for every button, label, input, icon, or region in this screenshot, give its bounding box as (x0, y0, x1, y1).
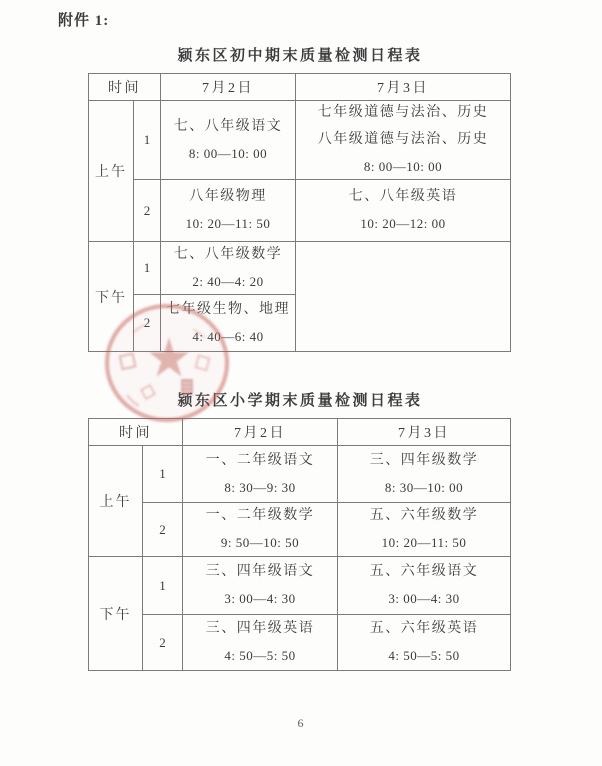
exam-subject: 七、八年级英语 (296, 188, 510, 207)
exam-subject: 八年级道德与法治、历史 (296, 131, 510, 150)
morning-label: 上午 (89, 101, 134, 242)
exam-time: 3: 00—4: 30 (183, 590, 337, 608)
table-header-row: 时间 7月2日 7月3日 (89, 419, 511, 446)
exam-time: 3: 00—4: 30 (338, 590, 510, 608)
header-july-2: 7月2日 (183, 419, 338, 446)
exam-time: 4: 50—5: 50 (338, 647, 510, 665)
primary-school-table-title: 颍东区小学期末质量检测日程表 (88, 389, 512, 407)
table-row: 2 八年级物理 10: 20—11: 50 七、八年级英语 10: 20—12:… (89, 180, 511, 242)
exam-cell: 七、八年级语文 8: 00—10: 00 (161, 101, 296, 180)
exam-cell: 七年级生物、地理 4: 40—6: 40 (161, 295, 296, 352)
header-july-3: 7月3日 (296, 74, 511, 101)
period-number: 1 (143, 446, 183, 503)
table-row: 2 三、四年级英语 4: 50—5: 50 五、六年级英语 4: 50—5: 5… (89, 615, 511, 671)
table-row: 下午 1 七、八年级数学 2: 40—4: 20 (89, 242, 511, 295)
middle-school-table-title: 颍东区初中期末质量检测日程表 (88, 44, 512, 62)
exam-cell: 一、二年级语文 8: 30—9: 30 (183, 446, 338, 503)
page-number: 6 (0, 716, 602, 731)
period-number: 1 (134, 242, 161, 295)
exam-cell: 五、六年级数学 10: 20—11: 50 (338, 503, 511, 557)
exam-subject: 七、八年级语文 (161, 118, 295, 137)
period-number: 1 (143, 557, 183, 615)
exam-subject: 五、六年级数学 (338, 507, 510, 526)
exam-time: 8: 00—10: 00 (296, 158, 510, 176)
exam-time: 8: 30—10: 00 (338, 479, 510, 497)
exam-subject: 七年级道德与法治、历史 (296, 104, 510, 123)
exam-time: 8: 00—10: 00 (161, 145, 295, 163)
exam-cell: 八年级物理 10: 20—11: 50 (161, 180, 296, 242)
period-number: 2 (134, 180, 161, 242)
exam-subject: 一、二年级数学 (183, 507, 337, 526)
exam-cell: 五、六年级英语 4: 50—5: 50 (338, 615, 511, 671)
exam-subject: 三、四年级语文 (183, 563, 337, 582)
afternoon-label: 下午 (89, 242, 134, 352)
exam-subject: 七年级生物、地理 (161, 301, 295, 320)
middle-school-schedule-section: 颍东区初中期末质量检测日程表 时间 7月2日 7月3日 上午 1 七、八年级语文… (88, 44, 512, 352)
exam-time: 4: 40—6: 40 (161, 328, 295, 346)
exam-subject: 八年级物理 (161, 188, 295, 207)
exam-time: 2: 40—4: 20 (161, 273, 295, 291)
exam-time: 10: 20—12: 00 (296, 215, 510, 233)
exam-cell: 七年级道德与法治、历史 八年级道德与法治、历史 8: 00—10: 00 (296, 101, 511, 180)
table-row: 上午 1 七、八年级语文 8: 00—10: 00 七年级道德与法治、历史 八年… (89, 101, 511, 180)
exam-cell: 三、四年级数学 8: 30—10: 00 (338, 446, 511, 503)
exam-cell-empty (296, 242, 511, 352)
exam-time: 4: 50—5: 50 (183, 647, 337, 665)
exam-cell: 七、八年级数学 2: 40—4: 20 (161, 242, 296, 295)
exam-cell: 三、四年级语文 3: 00—4: 30 (183, 557, 338, 615)
morning-label: 上午 (89, 446, 143, 557)
exam-cell: 五、六年级语文 3: 00—4: 30 (338, 557, 511, 615)
middle-school-schedule-table: 时间 7月2日 7月3日 上午 1 七、八年级语文 8: 00—10: 00 七… (88, 73, 511, 352)
exam-time: 10: 20—11: 50 (338, 534, 510, 552)
exam-subject: 五、六年级语文 (338, 563, 510, 582)
exam-cell: 七、八年级英语 10: 20—12: 00 (296, 180, 511, 242)
primary-school-schedule-table: 时间 7月2日 7月3日 上午 1 一、二年级语文 8: 30—9: 30 三、… (88, 418, 511, 671)
afternoon-label: 下午 (89, 557, 143, 671)
exam-time: 10: 20—11: 50 (161, 215, 295, 233)
period-number: 2 (134, 295, 161, 352)
period-number: 2 (143, 503, 183, 557)
exam-subject: 三、四年级数学 (338, 452, 510, 471)
scanned-document-page: 附件 1: 颍东区初中期末质量检测日程表 时间 7月2日 7月3日 上午 1 七… (0, 0, 602, 766)
table-row: 2 一、二年级数学 9: 50—10: 50 五、六年级数学 10: 20—11… (89, 503, 511, 557)
exam-time: 9: 50—10: 50 (183, 534, 337, 552)
header-time: 时间 (89, 419, 183, 446)
table-header-row: 时间 7月2日 7月3日 (89, 74, 511, 101)
exam-subject: 三、四年级英语 (183, 620, 337, 639)
primary-school-schedule-section: 颍东区小学期末质量检测日程表 时间 7月2日 7月3日 上午 1 一、二年级语文… (88, 389, 512, 671)
table-row: 下午 1 三、四年级语文 3: 00—4: 30 五、六年级语文 3: 00—4… (89, 557, 511, 615)
table-row: 上午 1 一、二年级语文 8: 30—9: 30 三、四年级数学 8: 30—1… (89, 446, 511, 503)
exam-cell: 一、二年级数学 9: 50—10: 50 (183, 503, 338, 557)
exam-subject: 五、六年级英语 (338, 620, 510, 639)
exam-cell: 三、四年级英语 4: 50—5: 50 (183, 615, 338, 671)
header-time: 时间 (89, 74, 161, 101)
period-number: 2 (143, 615, 183, 671)
exam-time: 8: 30—9: 30 (183, 479, 337, 497)
header-july-3: 7月3日 (338, 419, 511, 446)
attachment-label: 附件 1: (58, 9, 109, 30)
period-number: 1 (134, 101, 161, 180)
header-july-2: 7月2日 (161, 74, 296, 101)
exam-subject: 七、八年级数学 (161, 246, 295, 265)
exam-subject: 一、二年级语文 (183, 452, 337, 471)
